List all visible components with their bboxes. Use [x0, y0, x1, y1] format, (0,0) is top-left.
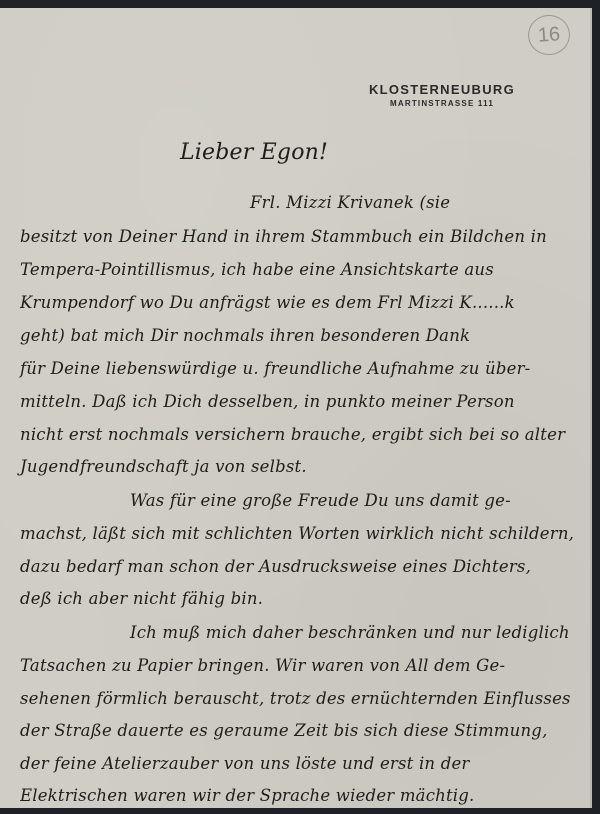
letter-line: mitteln. Daß ich Dich desselben, in punk… — [20, 392, 515, 411]
letter-line: Tempera-Pointillismus, ich habe eine Ans… — [20, 260, 494, 279]
letter-line: Jugendfreundschaft ja von selbst. — [20, 457, 307, 476]
scan-frame: 16 KLOSTERNEUBURG MARTINSTRASSE 111 Lieb… — [0, 0, 600, 814]
letter-line: dazu bedarf man schon der Ausdrucksweise… — [20, 557, 531, 576]
letter-line: geht) bat mich Dir nochmals ihren besond… — [20, 326, 470, 345]
letter-line: sehenen förmlich berauscht, trotz des er… — [20, 689, 571, 708]
letter-line: deß ich aber nicht fähig bin. — [20, 589, 263, 608]
letter-line: Was für eine große Freude Du uns damit g… — [130, 491, 511, 510]
letter-line: Ich muß mich daher beschränken und nur l… — [130, 623, 570, 642]
letter-line: Frl. Mizzi Krivanek (sie — [250, 193, 450, 212]
letter-line: nicht erst nochmals versichern brauche, … — [20, 425, 565, 444]
letter-line: der Straße dauerte es geraume Zeit bis s… — [20, 721, 548, 740]
salutation: Lieber Egon! — [180, 140, 328, 165]
letterhead-street: MARTINSTRASSE 111 — [362, 99, 522, 108]
letter-line: der feine Atelierzauber von uns löste un… — [20, 754, 470, 773]
page-number-circled: 16 — [527, 14, 572, 57]
letterhead-city: KLOSTERNEUBURG — [362, 82, 522, 97]
letter-line: Tatsachen zu Papier bringen. Wir waren v… — [20, 656, 505, 675]
letterhead: KLOSTERNEUBURG MARTINSTRASSE 111 — [362, 82, 522, 108]
letter-page: 16 KLOSTERNEUBURG MARTINSTRASSE 111 Lieb… — [0, 8, 592, 808]
letter-line: Elektrischen waren wir der Sprache wiede… — [20, 786, 475, 805]
letter-line: besitzt von Deiner Hand in ihrem Stammbu… — [20, 227, 547, 246]
letter-line: für Deine liebenswürdige u. freundliche … — [20, 359, 530, 378]
letter-line: Krumpendorf wo Du anfrägst wie es dem Fr… — [20, 293, 515, 312]
letter-line: machst, läßt sich mit schlichten Worten … — [20, 524, 574, 543]
